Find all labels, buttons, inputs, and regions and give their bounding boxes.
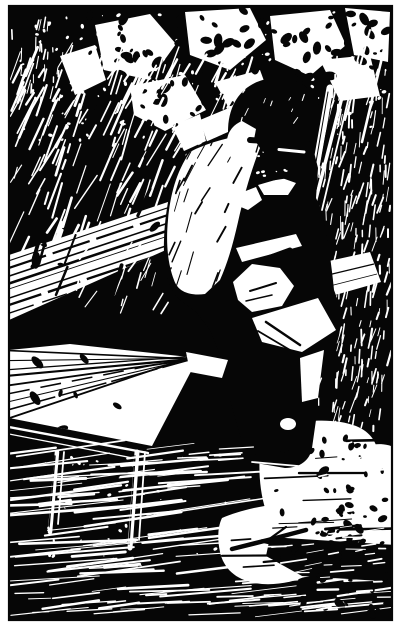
texture-stroke [373,385,374,392]
texture-stroke [361,330,362,346]
texture-stroke [217,596,253,597]
texture-stroke [319,166,320,177]
texture-stroke [146,594,166,595]
texture-stroke [41,97,42,101]
texture-stroke [336,57,337,67]
texture-stroke [337,373,338,388]
texture-stroke [355,62,356,72]
ankle-highlight [280,418,296,430]
texture-stroke [376,91,377,100]
texture-stroke [363,463,376,464]
texture-blob [48,553,51,557]
texture-stroke [369,225,370,237]
texture-stroke [346,440,392,441]
texture-stroke [15,593,44,594]
texture-stroke [265,442,306,443]
texture-stroke [384,331,385,339]
texture-stroke [335,60,336,72]
texture-stroke [357,590,372,591]
texture-stroke [330,161,331,169]
texture-stroke [264,594,281,595]
texture-stroke [320,577,329,578]
ink-illustration: Black-and-white pen-and-ink book illustr… [0,0,400,628]
texture-stroke [348,205,349,217]
texture-stroke [342,566,362,567]
texture-blob [331,49,343,57]
texture-stroke [178,457,207,458]
brow-stroke [250,140,308,144]
page: Black-and-white pen-and-ink book illustr… [0,0,400,628]
texture-stroke [40,41,41,51]
texture-stroke [336,157,337,163]
texture-stroke [31,84,32,93]
texture-stroke [322,163,323,167]
texture-stroke [58,71,59,77]
texture-stroke [346,196,347,202]
texture-stroke [333,403,334,412]
texture-stroke [369,470,386,471]
illustration-plate: Black-and-white pen-and-ink book illustr… [0,0,400,628]
texture-stroke [390,206,391,211]
texture-blob [263,175,266,177]
texture-stroke [385,70,386,76]
texture-stroke [359,350,360,364]
texture-stroke [367,142,368,147]
texture-stroke [357,62,358,74]
